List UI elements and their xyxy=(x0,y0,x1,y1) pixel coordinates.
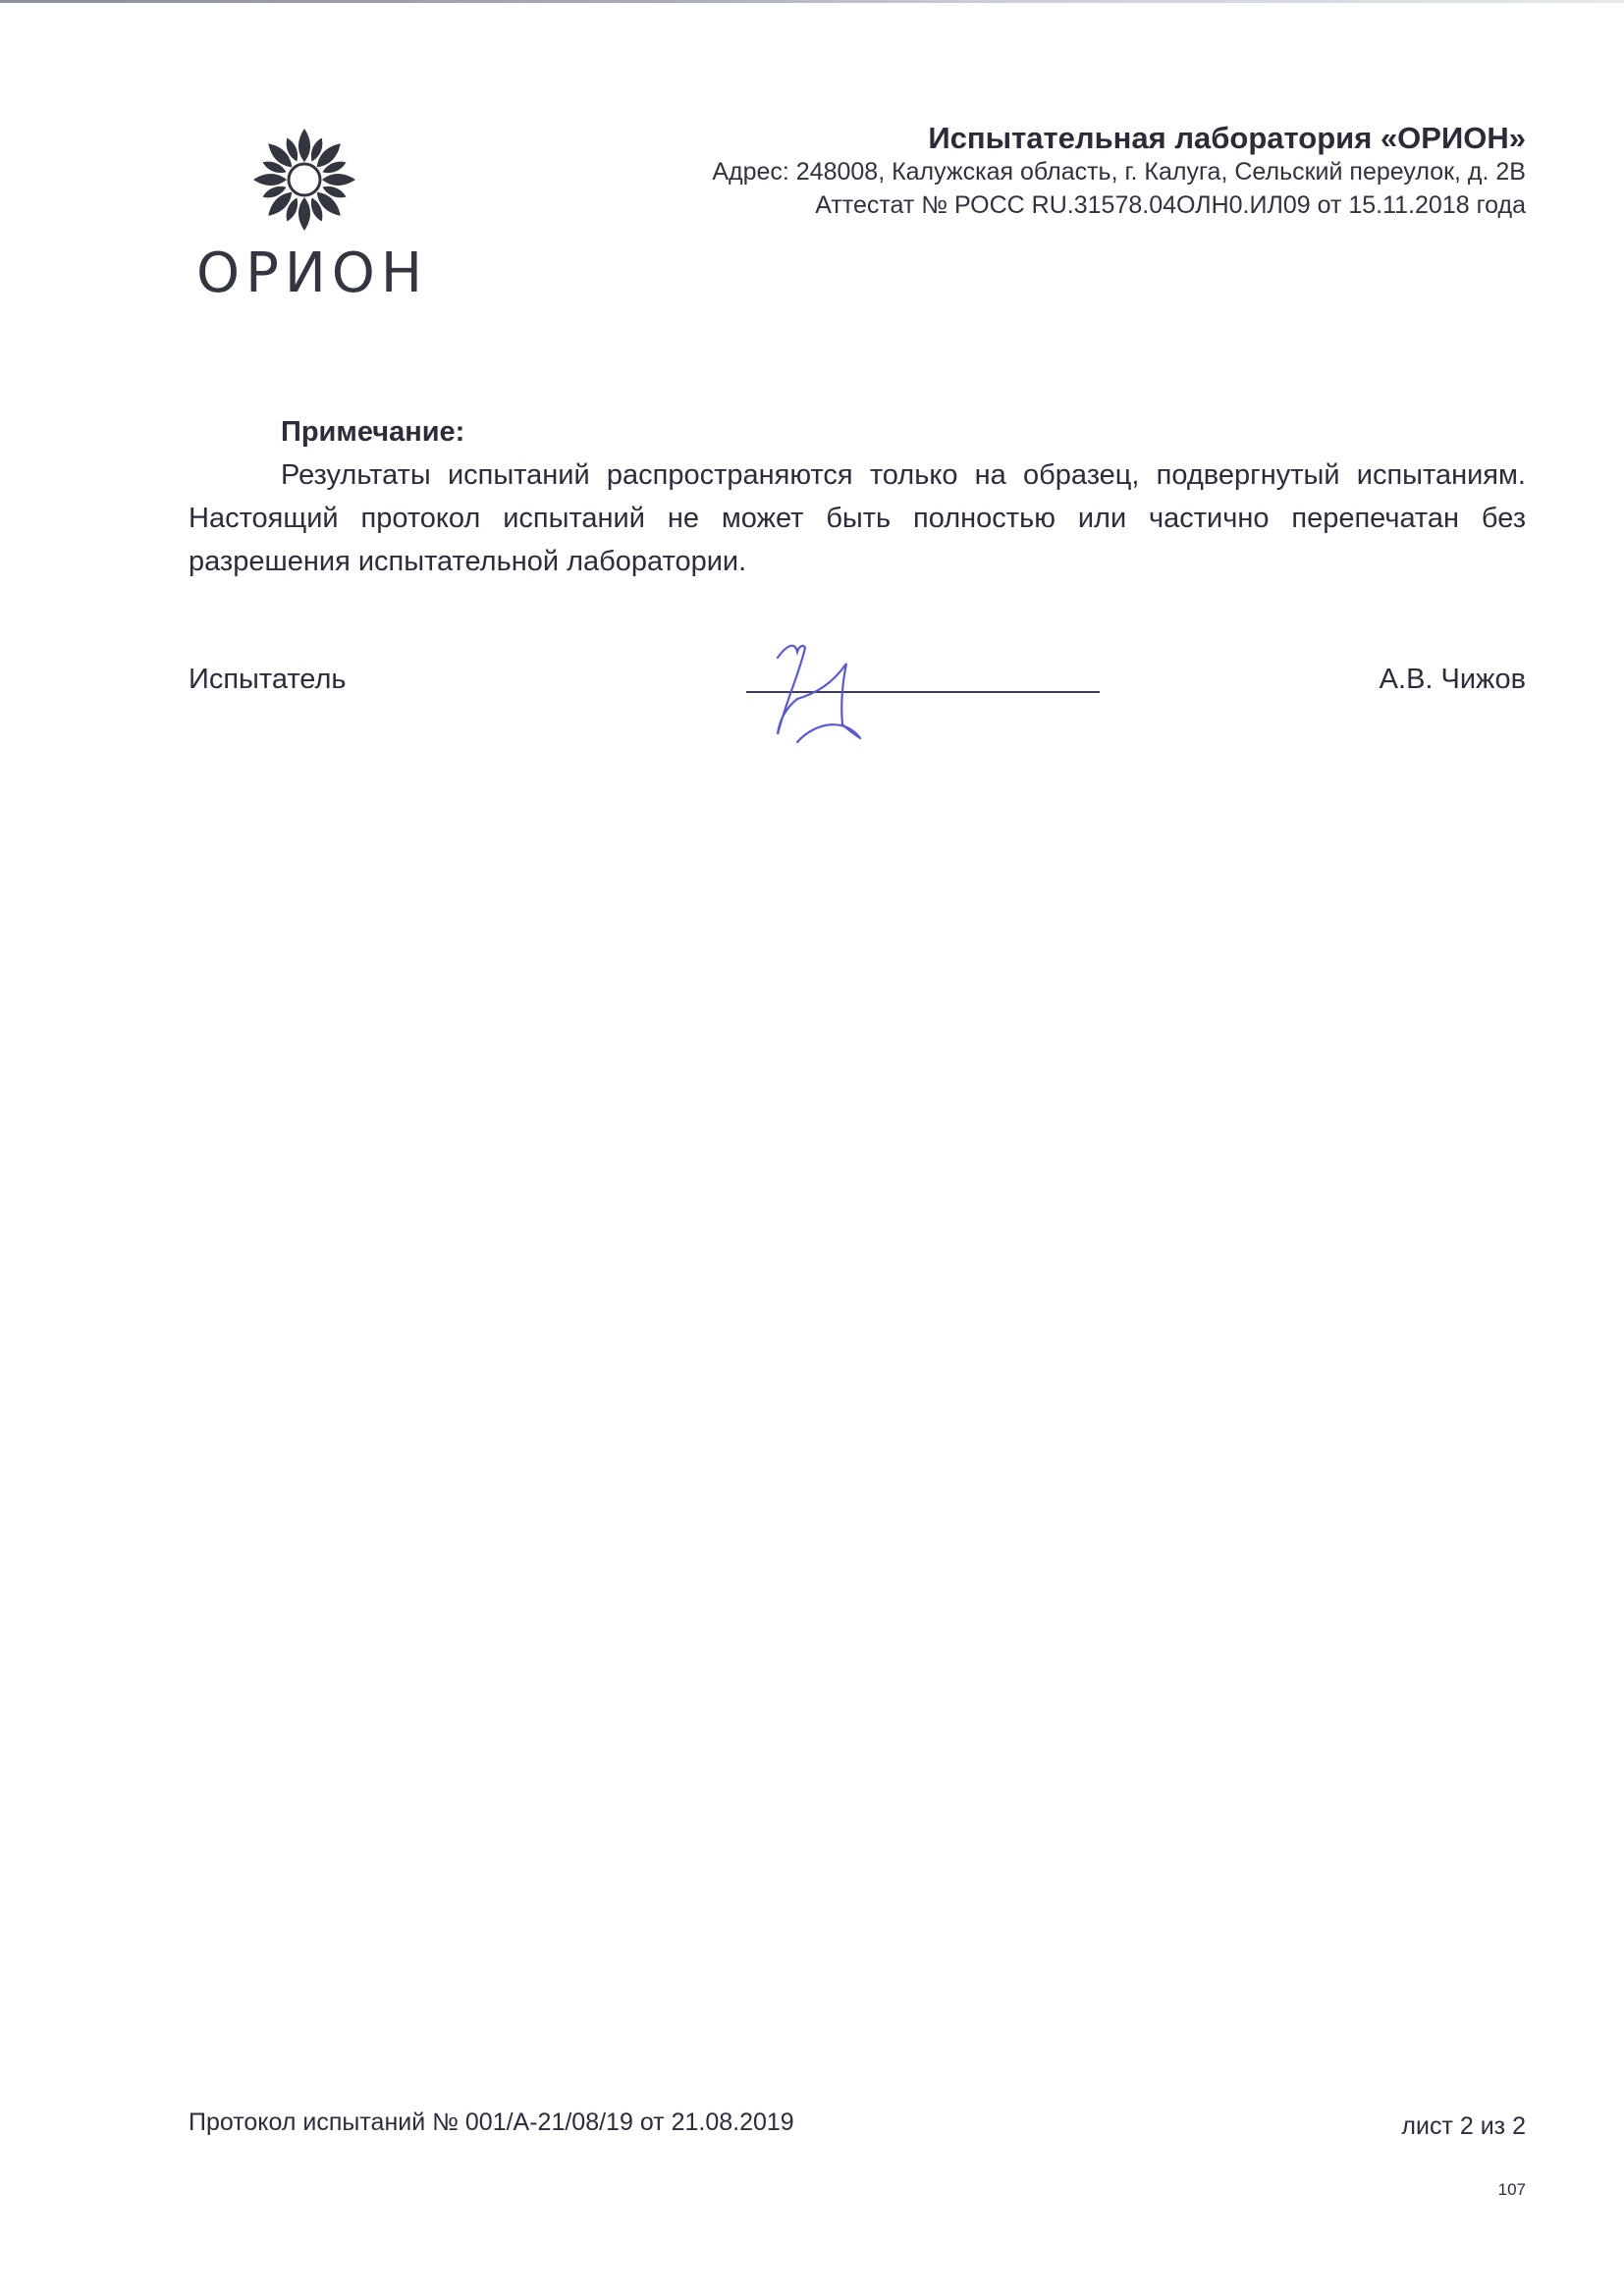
scan-top-edge xyxy=(0,0,1624,3)
note-body: Результаты испытаний распространяются то… xyxy=(189,454,1526,583)
sun-flower-icon xyxy=(250,126,358,234)
lab-name: Испытательная лаборатория «ОРИОН» xyxy=(712,122,1526,155)
logo-wordmark: ОРИОН xyxy=(196,241,428,305)
signature-row: Испытатель А.В. Чижов xyxy=(189,660,1526,748)
lab-header: Испытательная лаборатория «ОРИОН» Адрес:… xyxy=(712,122,1526,222)
lab-address: Адрес: 248008, Калужская область, г. Кал… xyxy=(712,155,1526,188)
lab-certificate: Аттестат № РОСС RU.31578.04ОЛН0.ИЛ09 от … xyxy=(712,188,1526,222)
note-section: Примечание: Результаты испытаний распрос… xyxy=(189,410,1526,583)
tester-name: А.В. Чижов xyxy=(1380,664,1526,696)
note-title: Примечание: xyxy=(281,410,1526,454)
tester-role: Испытатель xyxy=(189,664,347,696)
page-number: 107 xyxy=(1498,2180,1526,2200)
company-logo: ОРИОН xyxy=(187,126,422,302)
protocol-reference: Протокол испытаний № 001/А-21/08/19 от 2… xyxy=(189,2109,794,2137)
sheet-counter: лист 2 из 2 xyxy=(1401,2112,1526,2141)
handwritten-signature xyxy=(738,624,935,752)
